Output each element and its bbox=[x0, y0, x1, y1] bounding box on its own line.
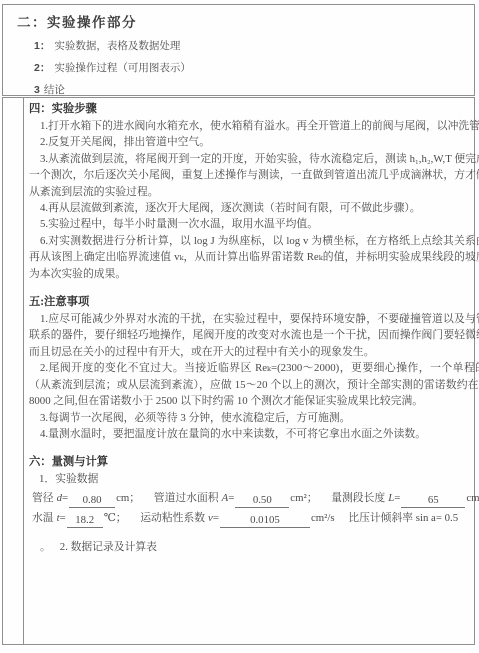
field-label: 量测段长度 bbox=[331, 492, 385, 504]
field-unit: cm²； bbox=[290, 492, 317, 504]
equals-sign: = bbox=[394, 492, 400, 504]
step-1: 1.打开水箱下的进水阀向水箱充水，使水箱稍有溢水。再全开管道上的前阀与尾阀，以冲… bbox=[29, 118, 479, 134]
main-content-box: 四：实验步骤 1.打开水箱下的进水阀向水箱充水，使水箱稍有溢水。再全开管道上的前… bbox=[2, 97, 475, 645]
data-line-1: 管径d=0.80cm； 管道过水面积A=0.50cm²； 量测段长度L=65cm… bbox=[32, 488, 479, 508]
main-content: 四：实验步骤 1.打开水箱下的进水阀向水箱充水，使水箱稍有溢水。再全开管道上的前… bbox=[24, 98, 479, 644]
section-gap bbox=[29, 282, 479, 294]
equals-sign: = bbox=[60, 512, 66, 524]
section-gap bbox=[29, 442, 479, 454]
section-5-title: 五:注意事项 bbox=[29, 294, 479, 311]
note-3: 3.每调节一次尾阀，必须等待 3 分钟，使水流稳定后，方可施测。 bbox=[29, 410, 479, 426]
section-2-item-2: 2：实验操作过程（可用图表示） bbox=[34, 60, 464, 75]
field-value: 0.0105 bbox=[220, 513, 310, 528]
field-value: 0.50 bbox=[235, 493, 289, 508]
field-value: 18.2 bbox=[67, 513, 103, 528]
field-label: 比压计倾斜率 sin a= bbox=[348, 512, 442, 524]
field-unit: ℃； bbox=[104, 512, 127, 524]
item-text: 实验操作过程（可用图表示） bbox=[54, 63, 191, 74]
field-label: 管径 bbox=[32, 492, 54, 504]
note-1: 1.应尽可能减少外界对水流的干扰，在实验过程中，要保持环境安静，不要碰撞管道以及… bbox=[29, 311, 479, 360]
item-text: 实验数据，表格及数据处理 bbox=[54, 41, 180, 52]
section-6-title: 六：量测与计算 bbox=[29, 454, 479, 471]
equals-sign: = bbox=[228, 492, 234, 504]
item-number: 2： bbox=[34, 62, 50, 74]
field-value: 0.80 bbox=[69, 493, 115, 508]
item-text: 结论 bbox=[44, 85, 65, 96]
step-2: 2.反复开关尾阀，排出管道中空气。 bbox=[29, 134, 479, 150]
field-label: 水温 bbox=[32, 512, 54, 524]
stray-period-mark: 。 bbox=[40, 541, 51, 553]
step-6: 6.对实测数据进行分析计算，以 log J 为纵座标，以 log v 为横坐标，… bbox=[29, 233, 479, 282]
step-3: 3.从紊流做到层流，将尾阀开到一定的开度，开始实验，待水流稳定后，测读 h₁,h… bbox=[29, 151, 479, 200]
field-piezometer-slope: 比压计倾斜率 sin a= 0.5 bbox=[348, 512, 458, 524]
field-measured-length: 量测段长度L=65cm； bbox=[331, 492, 479, 504]
field-unit: cm； bbox=[466, 492, 479, 504]
field-water-temperature: 水温t=18.2℃； bbox=[32, 512, 127, 524]
data-line-2: 水温t=18.2℃； 运动粘性系数ν=0.0105cm²/s 比压计倾斜率 si… bbox=[32, 508, 479, 528]
field-unit: cm； bbox=[116, 492, 140, 504]
section-2-title: 二：实验操作部分 bbox=[17, 11, 464, 31]
subsection-experiment-data: 1．实验数据 bbox=[39, 471, 479, 487]
field-value: 0.5 bbox=[445, 512, 459, 524]
equals-sign: = bbox=[62, 492, 68, 504]
field-unit: cm²/s bbox=[311, 512, 335, 524]
subsection-data-record-table: 。2. 数据记录及计算表 bbox=[39, 539, 479, 555]
margin-column bbox=[3, 98, 24, 644]
field-label: 运动粘性系数 bbox=[140, 512, 205, 524]
section-2-item-1: 1：实验数据，表格及数据处理 bbox=[34, 38, 464, 53]
subsection-label: 2. 数据记录及计算表 bbox=[60, 541, 157, 553]
lab-report-page: 二：实验操作部分 1：实验数据，表格及数据处理 2：实验操作过程（可用图表示） … bbox=[0, 0, 479, 653]
equals-sign: = bbox=[213, 512, 219, 524]
item-number: 3 bbox=[34, 84, 40, 96]
section-4-title: 四：实验步骤 bbox=[29, 101, 479, 118]
field-pipe-diameter: 管径d=0.80cm； bbox=[32, 492, 140, 504]
item-number: 1： bbox=[34, 40, 50, 52]
step-4: 4.再从层流做到紊流，逐次开大尾阀，逐次测读（若时间有限，可不做此步骤）。 bbox=[29, 200, 479, 216]
field-kinematic-viscosity: 运动粘性系数ν=0.0105cm²/s bbox=[140, 512, 334, 524]
field-label: 管道过水面积 bbox=[154, 492, 219, 504]
field-pipe-area: 管道过水面积A=0.50cm²； bbox=[154, 492, 318, 504]
step-5: 5.实验过程中，每半小时量测一次水温，取用水温平均值。 bbox=[29, 216, 479, 232]
note-2: 2.尾阀开度的变化不宜过大。当接近临界区 Reₖ=(2300～2000)，更要细… bbox=[29, 360, 479, 409]
note-4: 4.量测水温时，要把温度计放在量筒的水中来读数，不可将它拿出水面之外读数。 bbox=[29, 426, 479, 442]
section-2-box: 二：实验操作部分 1：实验数据，表格及数据处理 2：实验操作过程（可用图表示） … bbox=[2, 4, 475, 96]
section-2-item-3: 3结论 bbox=[34, 82, 464, 97]
field-value: 65 bbox=[401, 493, 465, 508]
